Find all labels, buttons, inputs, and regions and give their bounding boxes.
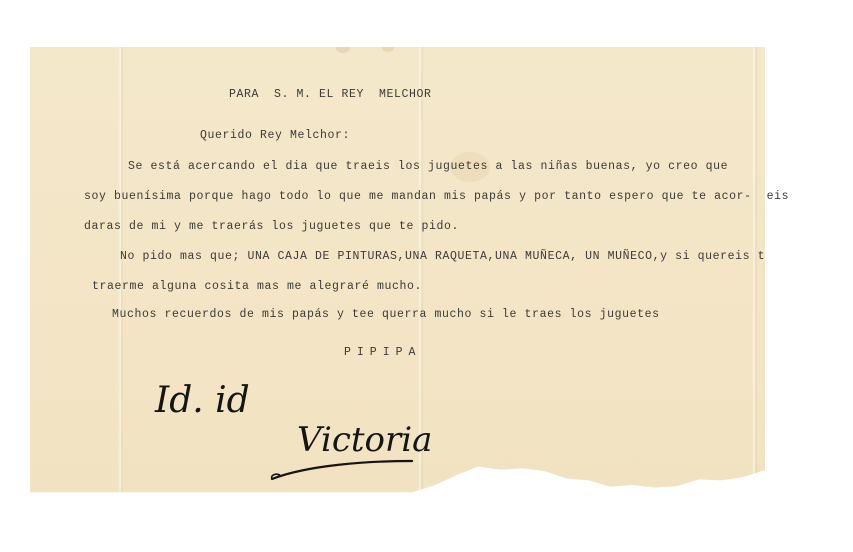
- letter-line-3: daras de mi y me traerás los juguetes qu…: [84, 221, 459, 233]
- handwritten-note: Id. id: [155, 380, 250, 421]
- letter-line-4: No pido mas que; UNA CAJA DE PINTURAS,UN…: [120, 251, 765, 263]
- letter-salutation: Querido Rey Melchor:: [200, 130, 350, 142]
- stain: [336, 43, 350, 53]
- handwritten-signature: Victoria: [297, 420, 432, 460]
- letter-line-1: Se está acercando el dia que traeis los …: [128, 161, 728, 173]
- fold-line: [118, 47, 124, 507]
- typed-signature: PIPIPA: [344, 347, 421, 359]
- letter-line-2: soy buenísima porque hago todo lo que me…: [84, 191, 789, 203]
- fold-line: [752, 47, 758, 507]
- stain: [382, 43, 394, 52]
- letter-line-6: Muchos recuerdos de mis papás y tee quer…: [112, 309, 660, 321]
- letter-heading: PARA S. M. EL REY MELCHOR: [229, 89, 432, 101]
- signature-underline: [268, 455, 418, 485]
- letter-line-5: traerme alguna cosita mas me alegraré mu…: [92, 281, 422, 293]
